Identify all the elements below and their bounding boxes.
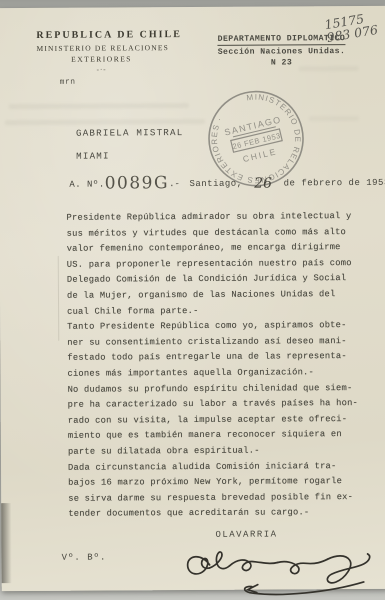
letter-page: REPUBLICA DE CHILE MINISTERIO DE RELACIO… (0, 6, 385, 591)
reference-line: A. Nº.0089G.- Santiago, 26 de febrero de… (69, 172, 385, 194)
reference-separator: .- (169, 179, 180, 189)
bleed-through-mark (9, 103, 189, 109)
page-corner-shadow (1, 503, 11, 583)
addressee-city: MIAMI (76, 150, 183, 162)
letterhead-ministry-2: EXTERIORES (37, 54, 167, 64)
department-section: Sección Naciones Unidas. (211, 47, 351, 57)
handwritten-signature (149, 534, 385, 600)
addressee-block: GABRIELA MISTRAL MIAMI (76, 127, 184, 162)
archive-numbers-handwritten: 15175 983 076 (324, 10, 379, 44)
department-number: N 23 (212, 58, 352, 68)
letter-body: Presidente República admirador su obra i… (66, 209, 360, 523)
visto-bueno: Vº. Bº. (62, 553, 107, 563)
reference-day-handwritten: 26 (252, 176, 274, 192)
letterhead-ministry: MINISTERIO DE RELACIONES (36, 43, 166, 53)
paper-crease (58, 256, 60, 341)
reference-date: de febrero de 1953. (284, 178, 385, 189)
typist-initials: mrn (60, 78, 76, 87)
bleed-through-mark (309, 116, 359, 121)
letterhead-country: REPUBLICA DE CHILE (36, 29, 166, 41)
addressee-name: GABRIELA MISTRAL (76, 127, 183, 139)
bleed-through-mark (5, 119, 205, 125)
reference-place: Santiago, (189, 179, 242, 189)
letterhead: REPUBLICA DE CHILE MINISTERIO DE RELACIO… (36, 29, 166, 74)
reference-number-stamped: 0089G (105, 173, 169, 193)
reference-prefix: A. Nº. (69, 180, 104, 190)
letterhead-ornament: -·- (37, 65, 167, 74)
